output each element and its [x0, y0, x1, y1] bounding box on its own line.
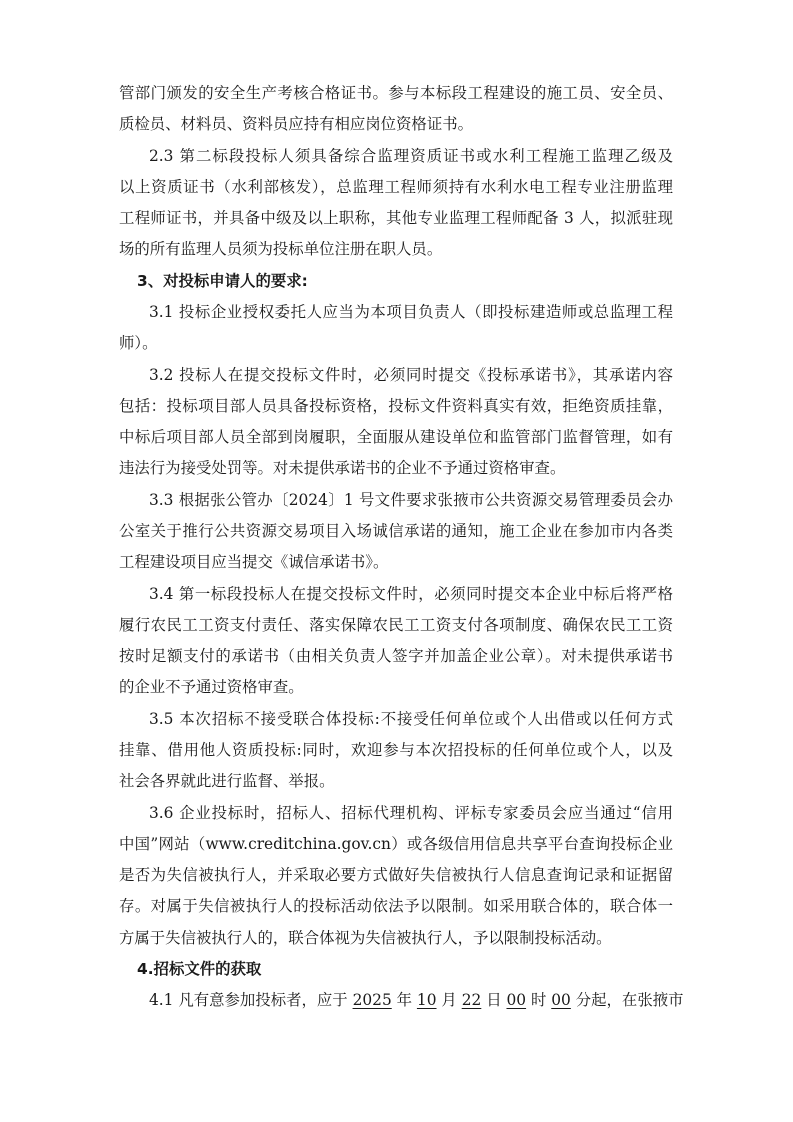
section-heading-3: 3、对投标申请人的要求: — [137, 269, 691, 293]
paragraph-line: 3.3 根据张公管办〔2024〕1 号文件要求张掖市公共资源交易管理委员会办 — [149, 488, 673, 512]
paragraph-line-date: 4.1 凡有意参加投标者，应于 2025 年 10 月 22 日 00 时 00… — [149, 988, 673, 1012]
day-unit: 日 — [481, 991, 506, 1009]
section-heading-4: 4.招标文件的获取 — [137, 957, 691, 981]
paragraph-line: 3.1 投标企业授权委托人应当为本项目负责人（即投标建造师或总监理工程 — [149, 300, 673, 324]
paragraph-line: 社会各界就此进行监督、举报。 — [119, 769, 673, 793]
date-year: 2025 — [353, 991, 392, 1009]
paragraph-line: 2.3 第二标段投标人须具备综合监理资质证书或水利工程施工监理乙级及 — [149, 144, 673, 168]
paragraph-line: 违法行为接受处罚等。对未提供承诺书的企业不予通过资格审查。 — [119, 456, 673, 480]
paragraph-line: 中国”网站（www.creditchina.gov.cn）或各级信用信息共享平台… — [119, 832, 673, 856]
paragraph-line: 质检员、材料员、资料员应持有相应岗位资格证书。 — [119, 112, 673, 136]
date-day: 22 — [462, 991, 482, 1009]
paragraph-line: 方属于失信被执行人的，联合体视为失信被执行人，予以限制投标活动。 — [119, 926, 673, 950]
paragraph-line: 挂靠、借用他人资质投标:同时，欢迎参与本次招投标的任何单位或个人，以及 — [119, 738, 673, 762]
paragraph-line: 履行农民工工资支付责任、落实保障农民工工资支付各项制度、确保农民工工资 — [119, 613, 673, 637]
paragraph-line: 3.4 第一标段投标人在提交投标文件时，必须同时提交本企业中标后将严格 — [149, 582, 673, 606]
date-minute: 00 — [551, 991, 571, 1009]
paragraph-line: 3.2 投标人在提交投标文件时，必须同时提交《投标承诺书》，其承诺内容 — [149, 363, 673, 387]
date-suffix: 分起，在张掖市 — [571, 991, 684, 1009]
paragraph-line: 工程建设项目应当提交《诚信承诺书》。 — [119, 550, 673, 574]
paragraph-line: 师）。 — [119, 331, 673, 355]
month-unit: 月 — [437, 991, 462, 1009]
date-month: 10 — [417, 991, 437, 1009]
document-page: 管部门颁发的安全生产考核合格证书。参与本标段工程建设的施工员、安全员、 质检员、… — [0, 0, 793, 1122]
year-unit: 年 — [392, 991, 417, 1009]
paragraph-line: 场的所有监理人员须为投标单位注册在职人员。 — [119, 237, 673, 261]
paragraph-line: 的企业不予通过资格审查。 — [119, 675, 673, 699]
paragraph-line: 管部门颁发的安全生产考核合格证书。参与本标段工程建设的施工员、安全员、 — [119, 81, 673, 105]
hour-unit: 时 — [526, 991, 551, 1009]
paragraph-line: 中标后项目部人员全部到岗履职，全面服从建设单位和监管部门监督管理，如有 — [119, 425, 673, 449]
paragraph-line: 公室关于推行公共资源交易项目入场诚信承诺的通知，施工企业在参加市内各类 — [119, 519, 673, 543]
paragraph-line: 包括：投标项目部人员具备投标资格，投标文件资料真实有效，拒绝资质挂靠， — [119, 394, 673, 418]
paragraph-line: 以上资质证书（水利部核发），总监理工程师须持有水利水电工程专业注册监理 — [119, 175, 673, 199]
paragraph-line: 3.5 本次招标不接受联合体投标:不接受任何单位或个人出借或以任何方式 — [149, 707, 673, 731]
paragraph-line: 工程师证书，并具备中级及以上职称，其他专业监理工程师配备 3 人，拟派驻现 — [119, 206, 673, 230]
date-hour: 00 — [506, 991, 526, 1009]
paragraph-line: 3.6 企业投标时，招标人、招标代理机构、评标专家委员会应当通过“信用 — [149, 801, 673, 825]
date-prefix: 4.1 凡有意参加投标者，应于 — [149, 991, 353, 1009]
paragraph-line: 是否为失信被执行人，并采取必要方式做好失信被执行人信息查询记录和证据留 — [119, 863, 673, 887]
paragraph-line: 存。对属于失信被执行人的投标活动依法予以限制。如采用联合体的，联合体一 — [119, 894, 673, 918]
paragraph-line: 按时足额支付的承诺书（由相关负责人签字并加盖企业公章）。对未提供承诺书 — [119, 644, 673, 668]
